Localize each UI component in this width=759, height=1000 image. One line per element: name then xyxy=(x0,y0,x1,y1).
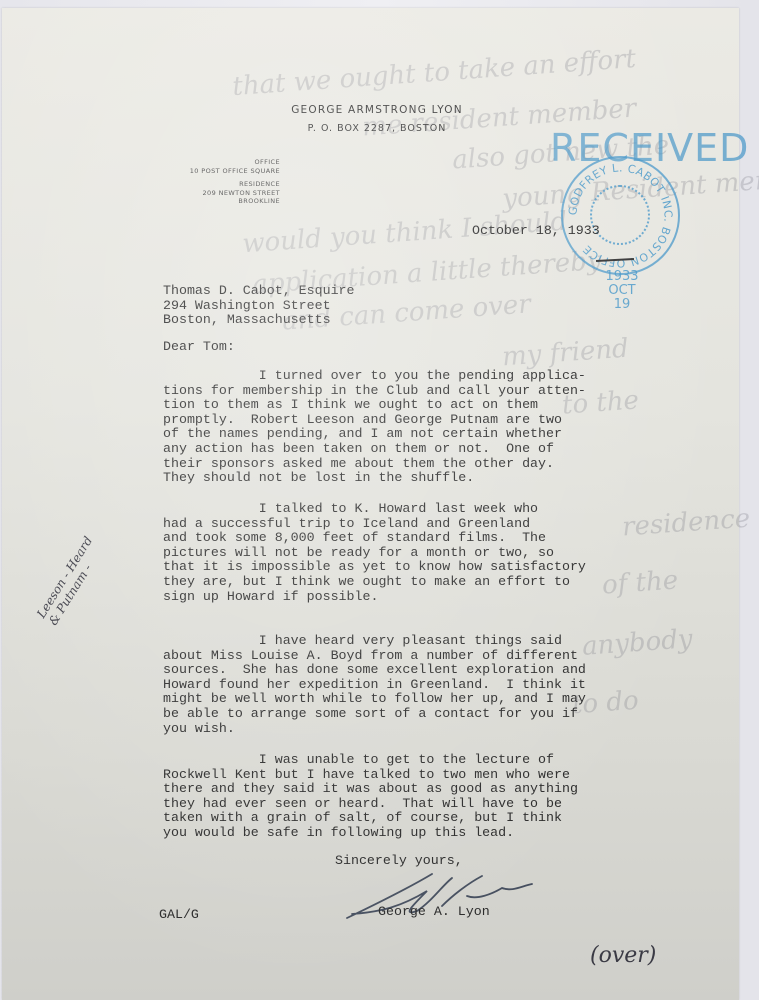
paragraph-howard: I talked to K. Howard last week who had … xyxy=(163,502,586,604)
closing: Sincerely yours, xyxy=(335,854,463,869)
salutation: Dear Tom: xyxy=(163,340,235,355)
letterhead-po-box: P. O. BOX 2287, BOSTON xyxy=(217,123,537,134)
paragraph-boyd: I have heard very pleasant things said a… xyxy=(163,634,586,736)
margin-handwritten-note: Leeson - Heard & Putnam - xyxy=(34,534,107,628)
stamp-year: 1933 xyxy=(602,270,642,284)
reference-initials: GAL/G xyxy=(159,908,199,923)
signature-typed-name: George A. Lyon xyxy=(378,905,490,920)
letterhead-addresses: OFFICE 10 POST OFFICE SQUARE RESIDENCE 2… xyxy=(180,158,280,206)
office-address: 10 POST OFFICE SQUARE xyxy=(180,167,280,176)
stamp-month: OCT xyxy=(602,284,642,298)
recipient-city: Boston, Massachusetts xyxy=(163,313,355,328)
recipient-address: Thomas D. Cabot, Esquire294 Washington S… xyxy=(163,284,355,328)
paragraph-kent: I was unable to get to the lecture of Ro… xyxy=(163,753,578,841)
recipient-name: Thomas D. Cabot, Esquire xyxy=(163,284,355,299)
residence-label: RESIDENCE xyxy=(180,180,280,189)
corner-handwritten-note: (over) xyxy=(590,943,656,968)
office-label: OFFICE xyxy=(180,158,280,167)
recipient-street: 294 Washington Street xyxy=(163,299,355,314)
clock-stamp-icon: GODFREY L. CABOT INC. BOSTON OFFICE xyxy=(561,156,680,275)
stamp-day: 19 xyxy=(602,298,642,312)
letter-page: that we ought to take an effort me resid… xyxy=(2,8,739,1000)
residence-town: BROOKLINE xyxy=(180,197,280,206)
letter-date: October 18, 1933 xyxy=(472,224,600,239)
letterhead-name: GEORGE ARMSTRONG LYON xyxy=(217,104,537,116)
paragraph-membership: I turned over to you the pending applica… xyxy=(163,369,586,486)
stamp-date: 1933 OCT 19 xyxy=(602,270,642,312)
residence-street: 209 NEWTON STREET xyxy=(180,189,280,198)
